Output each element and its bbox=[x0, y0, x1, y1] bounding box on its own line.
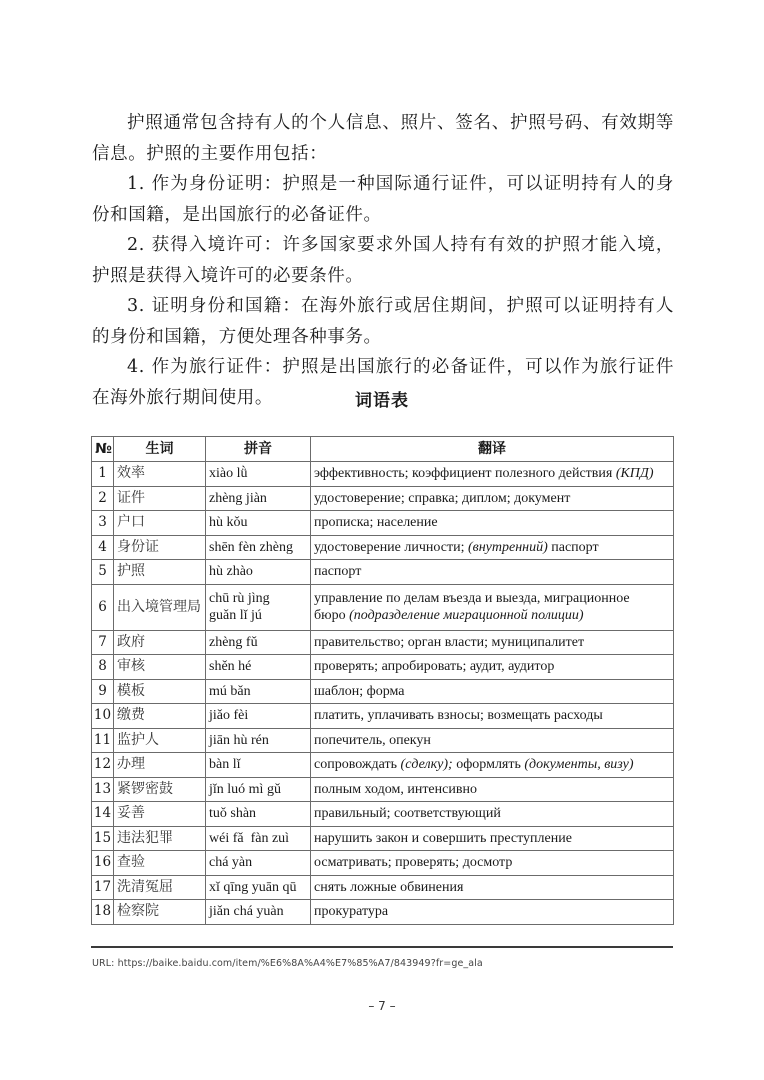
row-number: 14 bbox=[92, 802, 114, 827]
row-pinyin: hù zhào bbox=[206, 560, 311, 585]
row-pinyin: shěn hé bbox=[206, 655, 311, 680]
row-translation: полным ходом, интенсивно bbox=[311, 777, 674, 802]
translation-text: удостоверение личности; bbox=[314, 540, 468, 555]
row-word: 查验 bbox=[114, 851, 206, 876]
row-translation: правильный; соответствующий bbox=[311, 802, 674, 827]
row-number: 6 bbox=[92, 584, 114, 630]
row-translation: нарушить закон и совершить преступление bbox=[311, 826, 674, 851]
header-word: 生词 bbox=[114, 437, 206, 462]
document-page: 护照通常包含持有人的个人信息、照片、签名、护照号码、有效期等信息。护照的主要作用… bbox=[0, 0, 764, 1080]
footnote-divider bbox=[91, 946, 673, 948]
table-row: 1 效率 xiào lǜ эффективность; коэффициент … bbox=[92, 462, 674, 487]
row-pinyin: bàn lǐ bbox=[206, 753, 311, 778]
footnote-url: URL: https://baike.baidu.com/item/%E6%8A… bbox=[92, 958, 483, 969]
row-number: 17 bbox=[92, 875, 114, 900]
table-row: 18 检察院 jiǎn chá yuàn прокуратура bbox=[92, 900, 674, 925]
vocab-title: 词语表 bbox=[0, 386, 764, 411]
page-number: – 7 – bbox=[0, 999, 764, 1013]
row-pinyin: zhèng fǔ bbox=[206, 630, 311, 655]
translation-italic: (подразделение миграционной полиции) bbox=[349, 608, 584, 623]
row-word: 监护人 bbox=[114, 728, 206, 753]
row-translation: удостоверение личности; (внутренний) пас… bbox=[311, 535, 674, 560]
row-translation: платить, уплачивать взносы; возмещать ра… bbox=[311, 704, 674, 729]
body-text: 护照通常包含持有人的个人信息、照片、签名、护照号码、有效期等信息。护照的主要作用… bbox=[92, 108, 674, 413]
table-row: 12 办理 bàn lǐ сопровождать (сделку); офор… bbox=[92, 753, 674, 778]
row-word: 审核 bbox=[114, 655, 206, 680]
translation-text: оформлять bbox=[453, 757, 525, 772]
row-translation: сопровождать (сделку); оформлять (докуме… bbox=[311, 753, 674, 778]
row-number: 18 bbox=[92, 900, 114, 925]
row-number: 9 bbox=[92, 679, 114, 704]
row-pinyin: jiān hù rén bbox=[206, 728, 311, 753]
row-number: 12 bbox=[92, 753, 114, 778]
table-header-row: № 生词 拼音 翻译 bbox=[92, 437, 674, 462]
pinyin-line-1: chū rù jìng bbox=[209, 590, 307, 607]
row-translation: правительство; орган власти; муниципалит… bbox=[311, 630, 674, 655]
row-number: 7 bbox=[92, 630, 114, 655]
header-pinyin: 拼音 bbox=[206, 437, 311, 462]
row-number: 15 bbox=[92, 826, 114, 851]
row-word: 户口 bbox=[114, 511, 206, 536]
row-number: 4 bbox=[92, 535, 114, 560]
translation-line-2: бюро (подразделение миграционной полиции… bbox=[314, 607, 670, 624]
row-pinyin: xǐ qīng yuān qū bbox=[206, 875, 311, 900]
row-word: 证件 bbox=[114, 486, 206, 511]
row-pinyin: wéi fǎ fàn zuì bbox=[206, 826, 311, 851]
header-translation: 翻译 bbox=[311, 437, 674, 462]
row-pinyin: jǐn luó mì gǔ bbox=[206, 777, 311, 802]
row-word: 违法犯罪 bbox=[114, 826, 206, 851]
translation-text: сопровождать bbox=[314, 757, 401, 772]
paragraph-intro: 护照通常包含持有人的个人信息、照片、签名、护照号码、有效期等信息。护照的主要作用… bbox=[92, 108, 674, 169]
row-pinyin: chū rù jìngguǎn lǐ jú bbox=[206, 584, 311, 630]
row-pinyin: mú bǎn bbox=[206, 679, 311, 704]
table-row: 17 洗清冤屈 xǐ qīng yuān qū снять ложные обв… bbox=[92, 875, 674, 900]
row-pinyin: shēn fèn zhèng bbox=[206, 535, 311, 560]
row-word: 紧锣密鼓 bbox=[114, 777, 206, 802]
row-pinyin: jiǎo fèi bbox=[206, 704, 311, 729]
row-word: 洗清冤屈 bbox=[114, 875, 206, 900]
row-word: 模板 bbox=[114, 679, 206, 704]
translation-text: бюро bbox=[314, 608, 349, 623]
translation-line-1: управление по делам въезда и выезда, миг… bbox=[314, 590, 670, 607]
table-row: 7 政府 zhèng fǔ правительство; орган власт… bbox=[92, 630, 674, 655]
table-row: 11 监护人 jiān hù rén попечитель, опекун bbox=[92, 728, 674, 753]
table-row: 9 模板 mú bǎn шаблон; форма bbox=[92, 679, 674, 704]
translation-italic: (КПД) bbox=[616, 466, 654, 481]
row-word: 政府 bbox=[114, 630, 206, 655]
row-number: 11 bbox=[92, 728, 114, 753]
row-word: 缴费 bbox=[114, 704, 206, 729]
paragraph-point-2: 2. 获得入境许可：许多国家要求外国人持有有效的护照才能入境，护照是获得入境许可… bbox=[92, 230, 674, 291]
translation-text: эффективность; коэффициент полезного дей… bbox=[314, 466, 616, 481]
row-word: 办理 bbox=[114, 753, 206, 778]
row-number: 8 bbox=[92, 655, 114, 680]
row-number: 1 bbox=[92, 462, 114, 487]
pinyin-line-2: guǎn lǐ jú bbox=[209, 607, 307, 624]
row-pinyin: xiào lǜ bbox=[206, 462, 311, 487]
row-number: 10 bbox=[92, 704, 114, 729]
row-pinyin: chá yàn bbox=[206, 851, 311, 876]
row-word: 身份证 bbox=[114, 535, 206, 560]
paragraph-point-3: 3. 证明身份和国籍：在海外旅行或居住期间，护照可以证明持有人的身份和国籍，方便… bbox=[92, 291, 674, 352]
translation-italic: (документы, визу) bbox=[524, 757, 633, 772]
row-translation: проверять; апробировать; аудит, аудитор bbox=[311, 655, 674, 680]
table-row: 16 查验 chá yàn осматривать; проверять; до… bbox=[92, 851, 674, 876]
table-row: 8 审核 shěn hé проверять; апробировать; ау… bbox=[92, 655, 674, 680]
row-word: 妥善 bbox=[114, 802, 206, 827]
row-number: 16 bbox=[92, 851, 114, 876]
translation-italic: (внутренний) bbox=[468, 540, 548, 555]
row-number: 3 bbox=[92, 511, 114, 536]
row-translation: паспорт bbox=[311, 560, 674, 585]
vocab-table: № 生词 拼音 翻译 1 效率 xiào lǜ эффективность; к… bbox=[91, 436, 674, 925]
paragraph-point-1: 1. 作为身份证明：护照是一种国际通行证件，可以证明持有人的身份和国籍，是出国旅… bbox=[92, 169, 674, 230]
table-row: 13 紧锣密鼓 jǐn luó mì gǔ полным ходом, инте… bbox=[92, 777, 674, 802]
row-translation: снять ложные обвинения bbox=[311, 875, 674, 900]
row-number: 13 bbox=[92, 777, 114, 802]
row-number: 5 bbox=[92, 560, 114, 585]
row-word: 护照 bbox=[114, 560, 206, 585]
row-pinyin: tuǒ shàn bbox=[206, 802, 311, 827]
row-translation: попечитель, опекун bbox=[311, 728, 674, 753]
row-translation: шаблон; форма bbox=[311, 679, 674, 704]
table-row: 3 户口 hù kǒu прописка; население bbox=[92, 511, 674, 536]
table-row: 2 证件 zhèng jiàn удостоверение; справка; … bbox=[92, 486, 674, 511]
row-translation: прописка; население bbox=[311, 511, 674, 536]
table-row: 14 妥善 tuǒ shàn правильный; соответствующ… bbox=[92, 802, 674, 827]
header-number: № bbox=[92, 437, 114, 462]
row-word: 检察院 bbox=[114, 900, 206, 925]
table-row: 6 出入境管理局 chū rù jìngguǎn lǐ jú управлени… bbox=[92, 584, 674, 630]
row-word: 出入境管理局 bbox=[114, 584, 206, 630]
row-translation: удостоверение; справка; диплом; документ bbox=[311, 486, 674, 511]
table-row: 10 缴费 jiǎo fèi платить, уплачивать взнос… bbox=[92, 704, 674, 729]
translation-text: паспорт bbox=[548, 540, 599, 555]
row-translation: управление по делам въезда и выезда, миг… bbox=[311, 584, 674, 630]
row-translation: осматривать; проверять; досмотр bbox=[311, 851, 674, 876]
row-translation: эффективность; коэффициент полезного дей… bbox=[311, 462, 674, 487]
row-pinyin: hù kǒu bbox=[206, 511, 311, 536]
row-translation: прокуратура bbox=[311, 900, 674, 925]
row-word: 效率 bbox=[114, 462, 206, 487]
table-row: 15 违法犯罪 wéi fǎ fàn zuì нарушить закон и … bbox=[92, 826, 674, 851]
table-row: 4 身份证 shēn fèn zhèng удостоверение лично… bbox=[92, 535, 674, 560]
row-number: 2 bbox=[92, 486, 114, 511]
row-pinyin: jiǎn chá yuàn bbox=[206, 900, 311, 925]
row-pinyin: zhèng jiàn bbox=[206, 486, 311, 511]
translation-italic: (сделку); bbox=[401, 757, 453, 772]
table-row: 5 护照 hù zhào паспорт bbox=[92, 560, 674, 585]
